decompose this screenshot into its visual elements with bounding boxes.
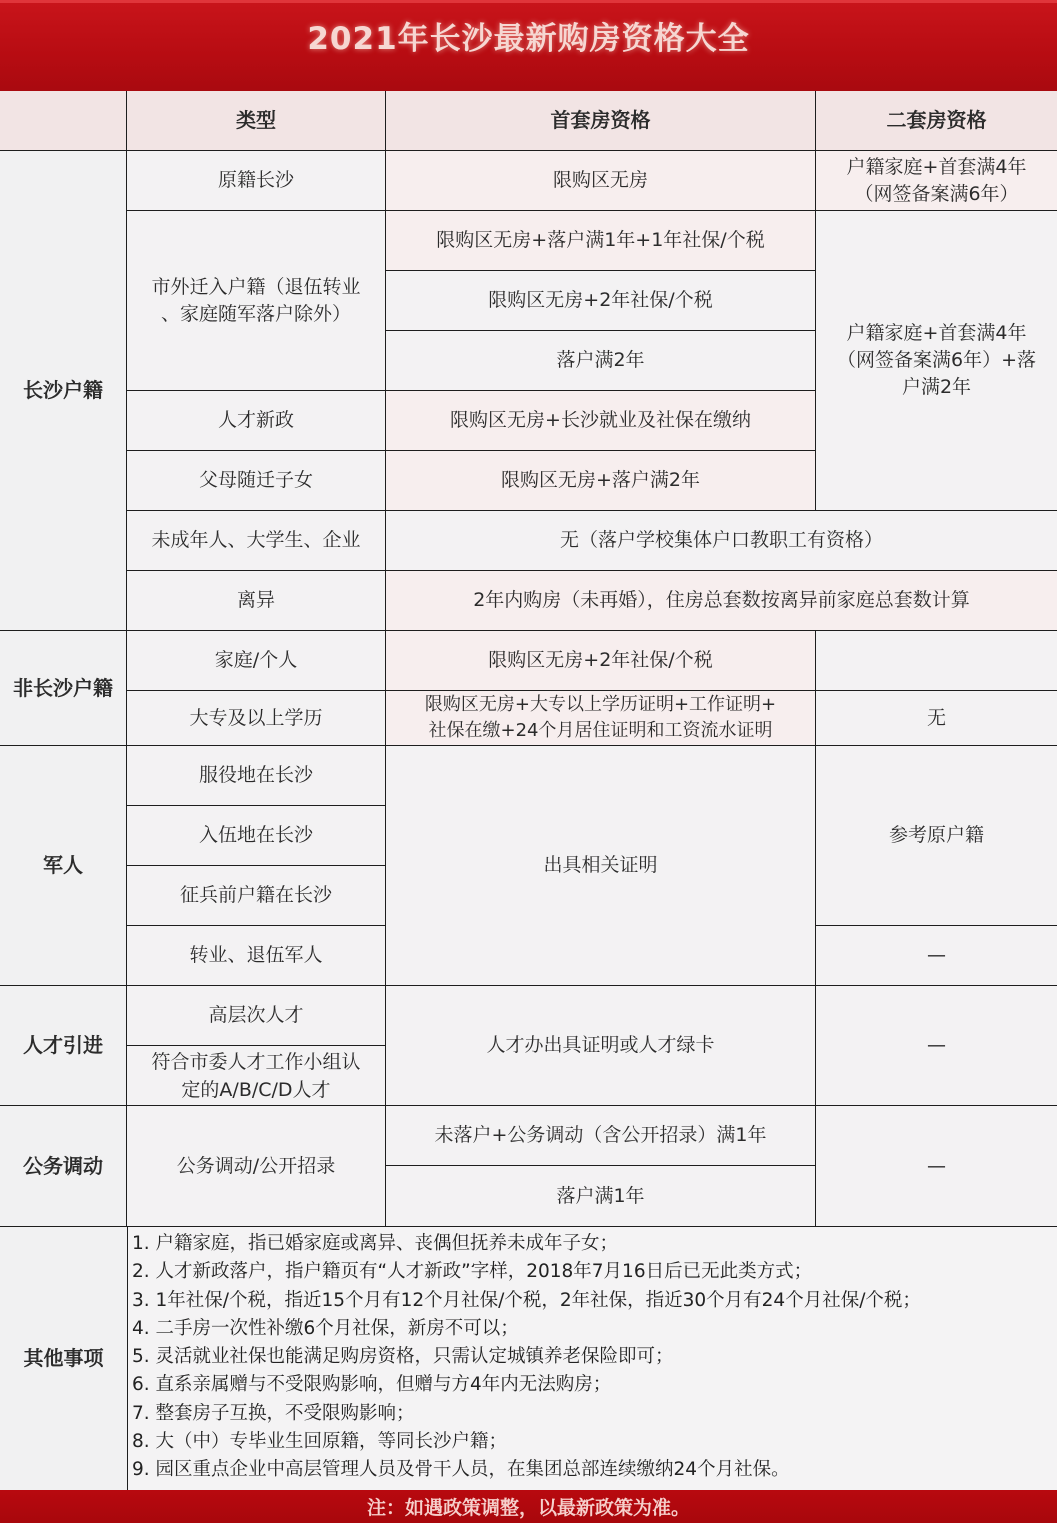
first-home-cell-merged: 无（落户学校集体户口教职工有资格） xyxy=(386,511,1057,571)
header-corner xyxy=(0,91,127,151)
note-item: 5. 灵活就业社保也能满足购房资格，只需认定城镇养老保险即可； xyxy=(132,1343,1057,1371)
type-cell: 服役地在长沙 xyxy=(127,746,386,806)
second-home-cell: 户籍家庭+首套满4年 （网签备案满6年） xyxy=(816,151,1057,211)
second-home-cell: — xyxy=(816,926,1057,986)
first-home-cell: 落户满2年 xyxy=(386,331,816,391)
first-home-cell: 限购区无房+长沙就业及社保在缴纳 xyxy=(386,391,816,451)
note-item: 3. 1年社保/个税，指近15个月有12个月社保/个税，2年社保，指近30个月有… xyxy=(132,1287,1057,1315)
note-item: 4. 二手房一次性补缴6个月社保，新房不可以； xyxy=(132,1315,1057,1343)
header-first-home: 首套房资格 xyxy=(386,91,816,151)
type-cell: 入伍地在长沙 xyxy=(127,806,386,866)
type-cell: 转业、退伍军人 xyxy=(127,926,386,986)
group-talent: 人才引进 xyxy=(0,986,127,1106)
type-cell: 公务调动/公开招录 xyxy=(127,1106,386,1227)
first-home-cell: 限购区无房+落户满2年 xyxy=(386,451,816,511)
type-cell: 人才新政 xyxy=(127,391,386,451)
header-type: 类型 xyxy=(127,91,386,151)
group-non-changsha-hukou: 非长沙户籍 xyxy=(0,631,127,746)
second-home-cell: — xyxy=(816,986,1057,1106)
second-home-cell: — xyxy=(816,1106,1057,1227)
group-civil-service: 公务调动 xyxy=(0,1106,127,1227)
page-title: 2021年长沙最新购房资格大全 xyxy=(0,13,1057,58)
first-home-cell: 出具相关证明 xyxy=(386,746,816,986)
first-home-cell-merged: 2年内购房（未再婚），住房总套数按离异前家庭总套数计算 xyxy=(386,571,1057,631)
footer-note: 注：如遇政策调整，以最新政策为准。 xyxy=(367,1493,690,1520)
first-home-cell: 限购区无房+落户满1年+1年社保/个税 xyxy=(386,211,816,271)
title-banner: 2021年长沙最新购房资格大全 xyxy=(0,0,1057,91)
first-home-cell: 限购区无房 xyxy=(386,151,816,211)
note-item: 7. 整套房子互换，不受限购影响； xyxy=(132,1400,1057,1428)
footer-banner: 注：如遇政策调整，以最新政策为准。 xyxy=(0,1490,1057,1523)
first-home-cell: 限购区无房+2年社保/个税 xyxy=(386,271,816,331)
type-cell: 征兵前户籍在长沙 xyxy=(127,866,386,926)
note-item: 6. 直系亲属赠与不受限购影响，但赠与方4年内无法购房； xyxy=(132,1371,1057,1399)
group-military: 军人 xyxy=(0,746,127,986)
second-home-cell: 参考原户籍 xyxy=(816,746,1057,926)
note-item: 1. 户籍家庭，指已婚家庭或离异、丧偶但抚养未成年子女； xyxy=(132,1230,1057,1258)
notes-list: 1. 户籍家庭，指已婚家庭或离异、丧偶但抚养未成年子女； 2. 人才新政落户，指… xyxy=(127,1227,1057,1490)
note-item: 9. 园区重点企业中高层管理人员及骨干人员，在集团总部连续缴纳24个月社保。 xyxy=(132,1456,1057,1484)
first-home-cell: 限购区无房+2年社保/个税 xyxy=(386,631,816,691)
second-home-cell: 无 xyxy=(816,691,1057,746)
first-home-cell: 未落户+公务调动（含公开招录）满1年 xyxy=(386,1106,816,1166)
type-cell: 父母随迁子女 xyxy=(127,451,386,511)
type-cell: 原籍长沙 xyxy=(127,151,386,211)
type-cell: 符合市委人才工作小组认 定的A/B/C/D人才 xyxy=(127,1046,386,1106)
second-home-cell: 户籍家庭+首套满4年 （网签备案满6年）+落 户满2年 xyxy=(816,211,1057,511)
group-changsha-hukou: 长沙户籍 xyxy=(0,151,127,631)
first-home-cell: 落户满1年 xyxy=(386,1166,816,1227)
type-cell: 离异 xyxy=(127,571,386,631)
type-cell: 未成年人、大学生、企业 xyxy=(127,511,386,571)
type-cell: 高层次人才 xyxy=(127,986,386,1046)
type-cell: 家庭/个人 xyxy=(127,631,386,691)
first-home-cell: 限购区无房+大专以上学历证明+工作证明+ 社保在缴+24个月居住证明和工资流水证… xyxy=(386,691,816,746)
type-cell: 市外迁入户籍（退伍转业 、家庭随军落户除外） xyxy=(127,211,386,391)
note-item: 2. 人才新政落户，指户籍页有“人才新政”字样，2018年7月16日后已无此类方… xyxy=(132,1258,1057,1286)
type-cell: 大专及以上学历 xyxy=(127,691,386,746)
note-item: 8. 大（中）专毕业生回原籍，等同长沙户籍； xyxy=(132,1428,1057,1456)
first-home-cell: 人才办出具证明或人才绿卡 xyxy=(386,986,816,1106)
second-home-cell xyxy=(816,631,1057,691)
group-other-notes: 其他事项 xyxy=(0,1227,127,1490)
header-second-home: 二套房资格 xyxy=(816,91,1057,151)
